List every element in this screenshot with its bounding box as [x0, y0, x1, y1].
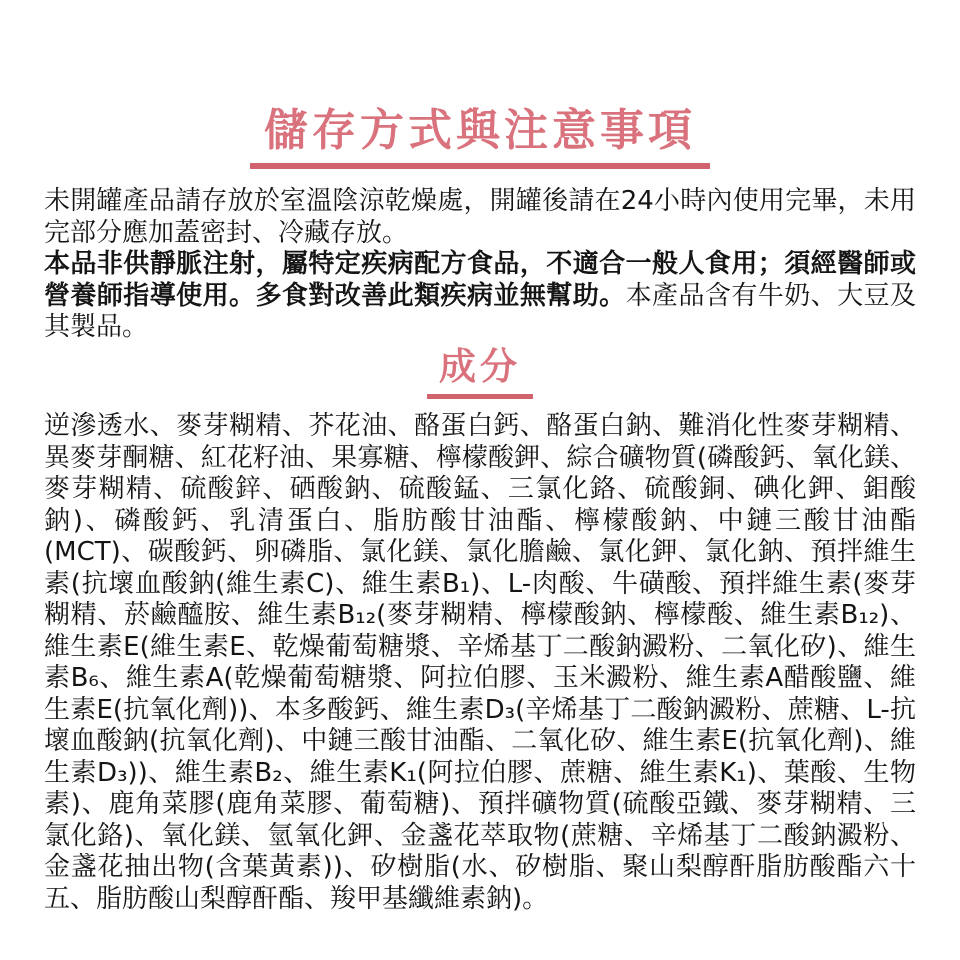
ingredients-text-block: 逆滲透水、麥芽糊精、芥花油、酪蛋白鈣、酪蛋白鈉、難消化性麥芽糊精、異麥芽酮糖、紅…	[0, 411, 960, 915]
storage-text-block: 未開罐產品請存放於室溫陰涼乾燥處，開罐後請在24小時內使用完畢，未用完部分應加蓋…	[0, 186, 960, 344]
ingredients-title: 成分	[427, 346, 533, 400]
storage-title-row: 儲存方式與注意事項	[0, 106, 960, 169]
top-spacer	[0, 0, 960, 106]
ingredients-paragraph: 逆滲透水、麥芽糊精、芥花油、酪蛋白鈣、酪蛋白鈉、難消化性麥芽糊精、異麥芽酮糖、紅…	[44, 411, 916, 915]
ingredients-title-row: 成分	[0, 346, 960, 400]
storage-instructions-paragraph: 未開罐產品請存放於室溫陰涼乾燥處，開罐後請在24小時內使用完畢，未用完部分應加蓋…	[44, 186, 916, 249]
warning-paragraph: 本品非供靜脈注射，屬特定疾病配方食品，不適合一般人食用；須經醫師或營養師指導使用…	[44, 249, 916, 344]
label-page: 儲存方式與注意事項 未開罐產品請存放於室溫陰涼乾燥處，開罐後請在24小時內使用完…	[0, 0, 960, 960]
storage-instructions-text: 未開罐產品請存放於室溫陰涼乾燥處，開罐後請在24小時內使用完畢，未用完部分應加蓋…	[44, 186, 916, 248]
storage-title: 儲存方式與注意事項	[250, 106, 710, 169]
ingredients-text: 逆滲透水、麥芽糊精、芥花油、酪蛋白鈣、酪蛋白鈉、難消化性麥芽糊精、異麥芽酮糖、紅…	[44, 411, 916, 914]
